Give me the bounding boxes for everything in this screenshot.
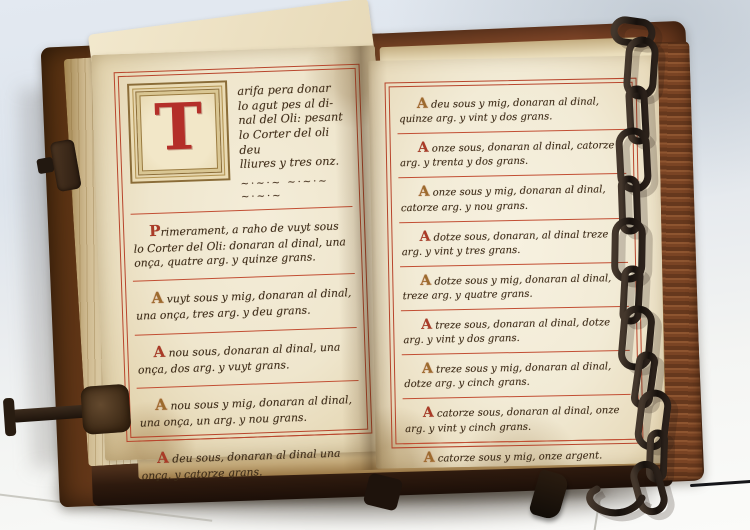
iron-chain bbox=[0, 0, 750, 530]
photo-scene: T arifa pera donar lo agut pes al di- na… bbox=[0, 0, 750, 530]
